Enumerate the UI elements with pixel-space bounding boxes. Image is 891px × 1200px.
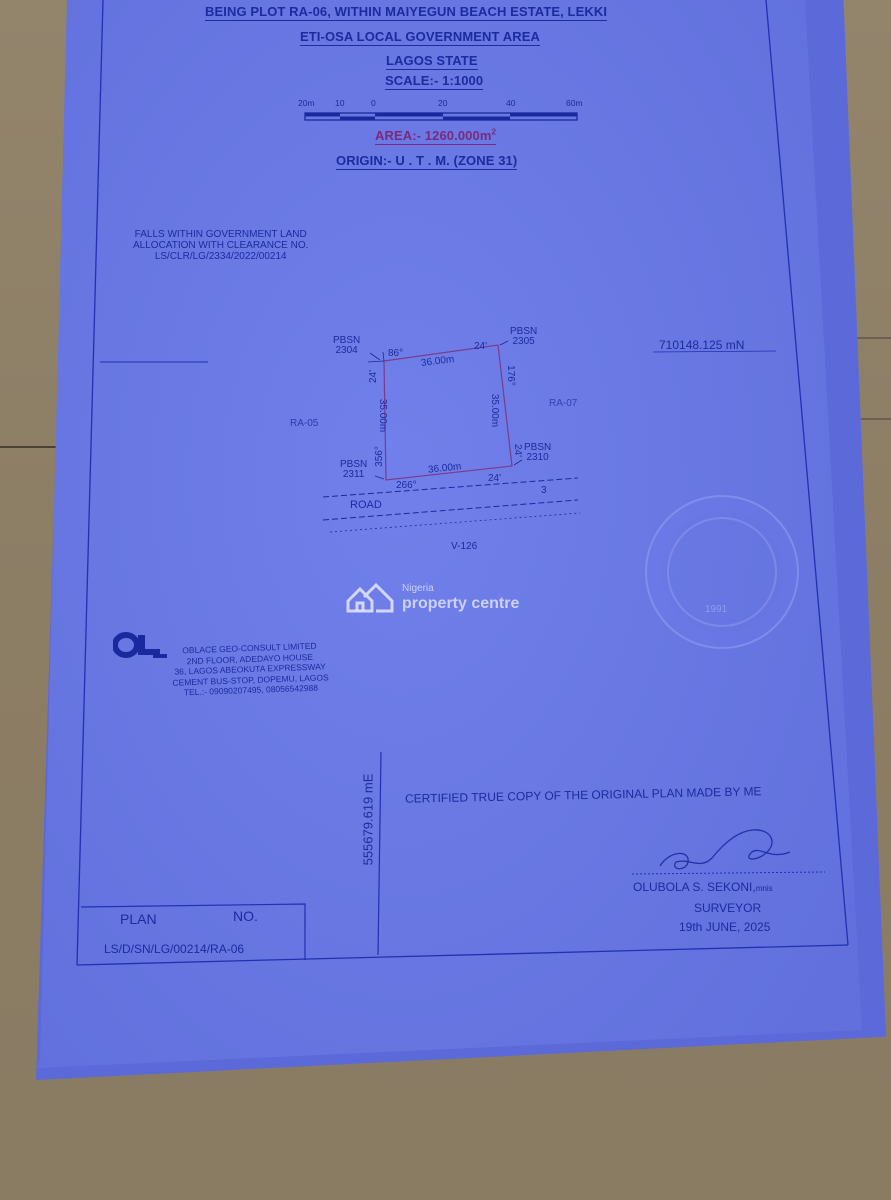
neighbor-plot-east: RA-07 <box>549 398 577 409</box>
bearing-west: 356° <box>374 446 385 467</box>
northing-coordinate: 710148.125 mN <box>659 338 744 352</box>
beacon-2310: PBSN2310 <box>524 443 551 463</box>
beacon-2304: PBSN2304 <box>333 336 360 356</box>
bearing-east-minutes: 24' <box>512 444 523 457</box>
road-label: ROAD <box>350 499 382 511</box>
clearance-number: LS/CLR/LG/2334/2022/00214 <box>133 251 308 262</box>
ol-logo-icon <box>113 632 169 662</box>
signature <box>660 830 790 869</box>
scale-tick: 10 <box>335 98 344 108</box>
scale-tick: 40 <box>506 98 515 108</box>
bearing-west-minutes: 24' <box>368 370 379 383</box>
bearing-north-minutes: 24' <box>474 341 487 352</box>
bearing-south: 266° <box>396 480 417 491</box>
house-logo-icon <box>346 583 394 615</box>
allocation-line-1: FALLS WITHIN GOVERNMENT LAND <box>133 229 308 240</box>
property-centre-watermark: Nigeria property centre <box>346 583 394 620</box>
scale-tick: 0 <box>371 98 376 108</box>
beacon-2311: PBSN2311 <box>340 460 367 480</box>
lower-plot-label: V-126 <box>451 541 477 552</box>
allocation-line-2: ALLOCATION WITH CLEARANCE NO. <box>133 240 308 251</box>
area-label: AREA:- 1260.000m2 <box>375 128 496 143</box>
scale-tick: 20m <box>298 98 315 108</box>
plan-number: LS/D/SN/LG/00214/RA-06 <box>104 942 244 956</box>
plan-no-label: NO. <box>233 908 258 924</box>
surveyor-role: SURVEYOR <box>694 901 761 915</box>
side-east-length: 35.00m <box>489 394 500 427</box>
scale-tick: 20 <box>438 98 447 108</box>
plan-label: PLAN <box>120 911 157 927</box>
origin-label: ORIGIN:- U . T . M. (ZONE 31) <box>336 153 517 168</box>
scale-label: SCALE:- 1:1000 <box>385 73 483 88</box>
title-line-3: LAGOS STATE <box>386 53 478 68</box>
firm-address: OBLACE GEO-CONSULT LIMITED 2ND FLOOR, AD… <box>171 640 329 698</box>
surveyor-name: OLUBOLA S. SEKONI,mnis <box>633 880 773 894</box>
bearing-north: 86° <box>388 348 403 359</box>
firm-logo <box>113 632 169 667</box>
title-line-1: BEING PLOT RA-06, WITHIN MAIYEGUN BEACH … <box>205 4 607 19</box>
easting-coordinate: 555679.619 mE <box>361 750 376 890</box>
bearing-south-minutes: 24' <box>488 473 501 484</box>
neighbor-plot-west: RA-05 <box>290 418 318 429</box>
bearing-east: 176° <box>505 365 516 386</box>
scale-bar <box>305 113 577 120</box>
road-number: 3 <box>541 485 547 496</box>
allocation-note: FALLS WITHIN GOVERNMENT LAND ALLOCATION … <box>133 229 308 262</box>
beacon-2305: PBSN2305 <box>510 327 537 347</box>
scale-tick: 60m <box>566 98 583 108</box>
certification-date: 19th JUNE, 2025 <box>679 920 770 934</box>
title-line-2: ETI-OSA LOCAL GOVERNMENT AREA <box>300 29 540 44</box>
side-west-length: 35.00m <box>377 399 388 432</box>
embossed-seal: 1991 <box>645 495 799 649</box>
